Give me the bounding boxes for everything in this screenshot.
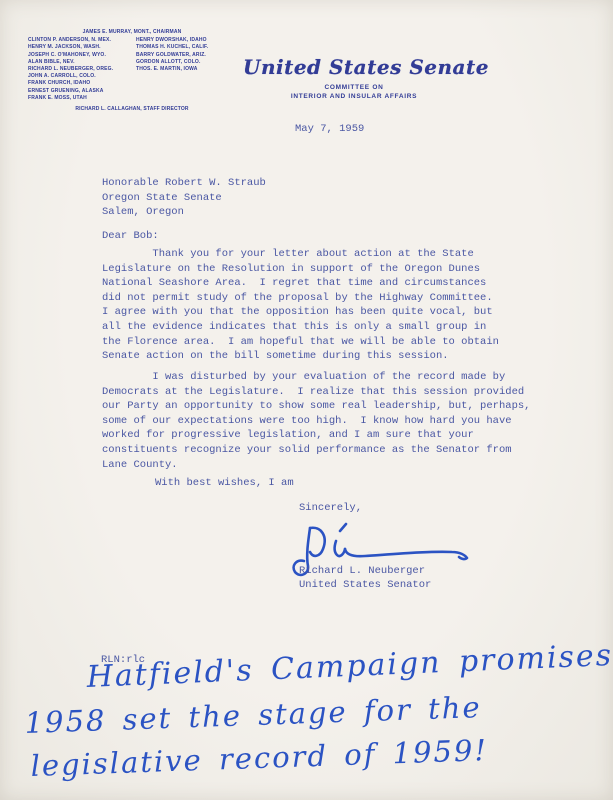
- chairman-line: JAMES E. MURRAY, MONT., CHAIRMAN: [28, 29, 236, 36]
- committee-line2: INTERIOR AND INSULAR AFFAIRS: [243, 93, 465, 102]
- member-name: ERNEST GRUENING, ALASKA: [28, 88, 136, 95]
- letter-date: May 7, 1959: [295, 122, 364, 137]
- signature-typed-title: United States Senator: [299, 578, 431, 593]
- salutation: Dear Bob:: [102, 229, 159, 244]
- member-columns: CLINTON P. ANDERSON, N. MEX. HENRY M. JA…: [28, 37, 236, 102]
- member-column-right: HENRY DWORSHAK, IDAHO THOMAS H. KUCHEL, …: [136, 37, 236, 102]
- committee-line1: COMMITTEE ON: [243, 84, 465, 93]
- recipient-address: Honorable Robert W. Straub Oregon State …: [102, 176, 266, 220]
- signature-typed-name: Richard L. Neuberger: [299, 564, 425, 579]
- handwritten-note-line3: legislative record of 1959!: [30, 733, 489, 783]
- member-name: RICHARD L. NEUBERGER, OREG.: [28, 66, 136, 73]
- org-name: United States Senate: [243, 55, 465, 79]
- body-paragraph-2: I was disturbed by your evaluation of th…: [102, 370, 544, 472]
- valediction: Sincerely,: [299, 501, 362, 516]
- body-paragraph-1: Thank you for your letter about action a…: [102, 247, 544, 364]
- signature-stroke: [335, 541, 345, 556]
- member-name: THOS. E. MARTIN, IOWA: [136, 66, 236, 73]
- member-name: BARRY GOLDWATER, ARIZ.: [136, 52, 236, 59]
- recipient-city: Salem, Oregon: [102, 205, 266, 220]
- member-name: THOMAS H. KUCHEL, CALIF.: [136, 44, 236, 51]
- signature-stroke: [345, 549, 467, 559]
- letter-page: JAMES E. MURRAY, MONT., CHAIRMAN CLINTON…: [0, 0, 613, 800]
- member-name: JOSEPH C. O'MAHONEY, WYO.: [28, 52, 136, 59]
- member-name: ALAN BIBLE, NEV.: [28, 59, 136, 66]
- member-column-left: CLINTON P. ANDERSON, N. MEX. HENRY M. JA…: [28, 37, 136, 102]
- member-name: GORDON ALLOTT, COLO.: [136, 59, 236, 66]
- member-name: HENRY DWORSHAK, IDAHO: [136, 37, 236, 44]
- handwritten-note-line2: 1958 set the stage for the: [24, 690, 482, 740]
- member-name: CLINTON P. ANDERSON, N. MEX.: [28, 37, 136, 44]
- committee-member-list: JAMES E. MURRAY, MONT., CHAIRMAN CLINTON…: [28, 29, 236, 113]
- member-name: HENRY M. JACKSON, WASH.: [28, 44, 136, 51]
- member-name: JOHN A. CARROLL, COLO.: [28, 73, 136, 80]
- senate-masthead: United States Senate COMMITTEE ON INTERI…: [243, 55, 465, 101]
- staff-director-line: RICHARD L. CALLAGHAN, STAFF DIRECTOR: [28, 106, 236, 113]
- member-name: FRANK E. MOSS, UTAH: [28, 95, 136, 102]
- signature-stroke: [340, 524, 346, 531]
- closing-line: With best wishes, I am: [155, 476, 294, 491]
- signature-stroke: [310, 528, 325, 556]
- recipient-name: Honorable Robert W. Straub: [102, 176, 266, 191]
- member-name: FRANK CHURCH, IDAHO: [28, 80, 136, 87]
- recipient-org: Oregon State Senate: [102, 191, 266, 206]
- handwritten-note-line1: Hatfield's Campaign promises of: [86, 636, 613, 695]
